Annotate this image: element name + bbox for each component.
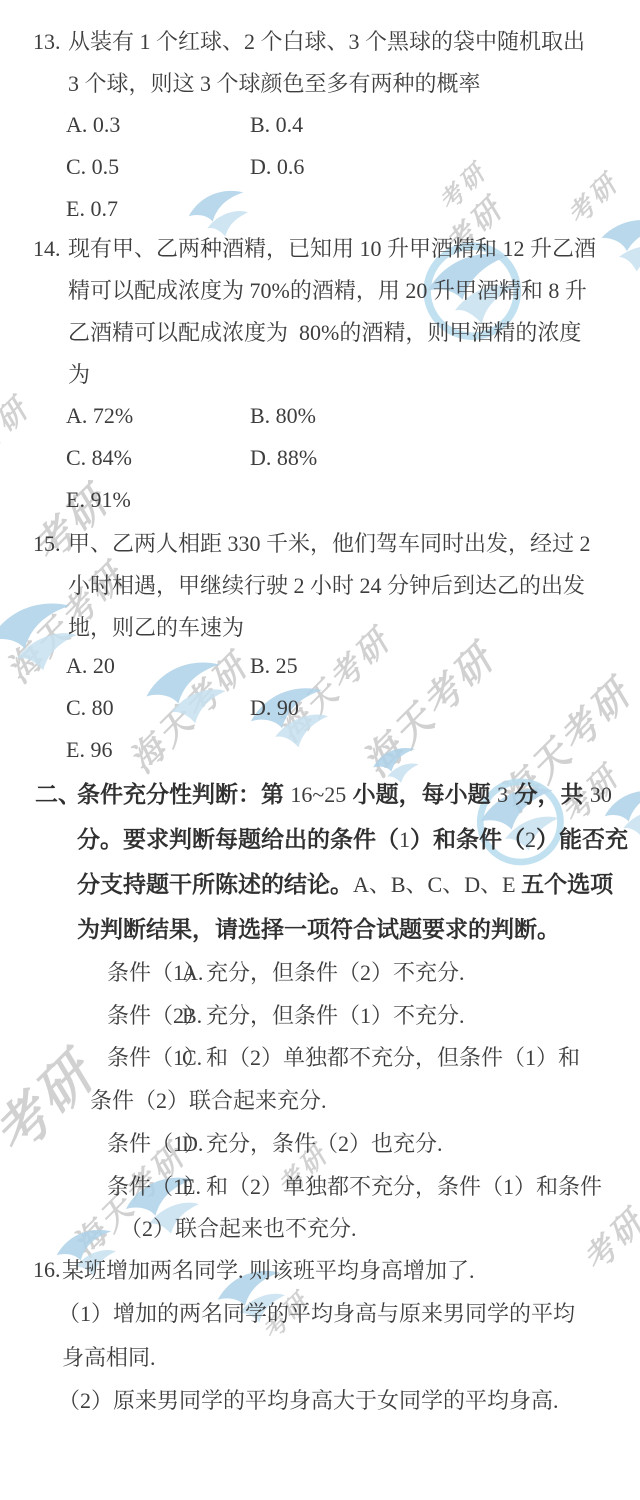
section-2-title-line-4: 为判断结果，请选择一项符合试题要求的判断。 <box>77 907 640 952</box>
question-14-line-3: 乙酒精可以配成浓度为 80%的酒精，则甲酒精的浓度 <box>68 312 640 354</box>
option-13-e: E. 0.7 <box>66 188 118 230</box>
question-16: 16. 某班增加两名同学. 则该班平均身高增加了. （1）增加的两名同学的平均身… <box>0 1249 640 1422</box>
section-2-title-line-3: 分支持题干所陈述的结论。A、B、C、D、E 五个选项 <box>77 862 640 907</box>
option-13-c: C. 0.5 <box>66 146 119 188</box>
question-14-line-2: 精可以配成浓度为 70%的酒精，用 20 升甲酒精和 8 升 <box>68 270 640 312</box>
judgment-c-line-2: 条件（2）联合起来充分. <box>90 1080 640 1123</box>
options-row: C. 0.5 D. 0.6 <box>0 146 640 188</box>
question-15-number: 15. <box>33 523 61 565</box>
option-13-b: B. 0.4 <box>250 104 303 146</box>
option-15-c: C. 80 <box>66 687 114 729</box>
option-14-d: D. 88% <box>250 437 317 479</box>
question-15-line-3: 地，则乙的车速为 <box>68 607 640 649</box>
question-13-line-1: 从装有 1 个红球、2 个白球、3 个黑球的袋中随机取出 <box>68 21 640 63</box>
judgment-a: A.条件（1）充分，但条件（2）不充分. <box>107 952 640 995</box>
options-row: A. 20 B. 25 <box>0 645 640 687</box>
option-15-b: B. 25 <box>250 645 298 687</box>
judgment-a-letter: A. <box>182 952 203 995</box>
judgment-e-line-2: （2）联合起来也不充分. <box>120 1208 640 1251</box>
section-2-header: 二、 条件充分性判断：第 16~25 小题，每小题 3 分，共 30 分。要求判… <box>0 772 640 952</box>
question-13: 13. 从装有 1 个红球、2 个白球、3 个黑球的袋中随机取出 3 个球，则这… <box>0 21 640 105</box>
option-15-a: A. 20 <box>66 645 115 687</box>
judgment-d: D.条件（1）充分，条件（2）也充分. <box>107 1123 640 1166</box>
question-14: 14. 现有甲、乙两种酒精，已知用 10 升甲酒精和 12 升乙酒 精可以配成浓… <box>0 228 640 396</box>
option-14-e: E. 91% <box>66 479 131 521</box>
question-13-options: A. 0.3 B. 0.4 C. 0.5 D. 0.6 E. 0.7 <box>0 104 640 230</box>
question-13-number: 13. <box>33 21 61 63</box>
question-14-number: 14. <box>33 228 61 270</box>
question-14-line-1: 现有甲、乙两种酒精，已知用 10 升甲酒精和 12 升乙酒 <box>68 228 640 270</box>
question-14-options: A. 72% B. 80% C. 84% D. 88% E. 91% <box>0 395 640 521</box>
option-13-d: D. 0.6 <box>250 146 304 188</box>
judgment-e-line-1: E.条件（1）和（2）单独都不充分，条件（1）和条件 <box>107 1166 640 1209</box>
section-2-marker: 二、 <box>35 772 81 817</box>
option-14-b: B. 80% <box>250 395 316 437</box>
option-15-e: E. 96 <box>66 729 112 771</box>
options-row: C. 80 D. 90 <box>0 687 640 729</box>
question-14-line-4: 为 <box>68 354 640 396</box>
question-16-condition-1-line-2: 身高相同. <box>62 1336 640 1379</box>
options-row: E. 91% <box>0 479 640 521</box>
question-16-condition-1-line-1: （1）增加的两名同学的平均身高与原来男同学的平均 <box>58 1292 640 1335</box>
options-row: A. 0.3 B. 0.4 <box>0 104 640 146</box>
question-15-options: A. 20 B. 25 C. 80 D. 90 E. 96 <box>0 645 640 771</box>
judgment-e-letter: E. <box>182 1166 201 1209</box>
question-15-line-2: 小时相遇，甲继续行驶 2 小时 24 分钟后到达乙的出发 <box>68 565 640 607</box>
options-row: E. 96 <box>0 729 640 771</box>
question-16-condition-2: （2）原来男同学的平均身高大于女同学的平均身高. <box>58 1379 640 1422</box>
judgment-c-line-1: C.条件（1）和（2）单独都不充分，但条件（1）和 <box>107 1037 640 1080</box>
exam-page: 考研 考研 考研 考研 考研 海天考研 海天考研 海天考研 海天考研 海天考研 … <box>0 0 640 1500</box>
section-2-title-line-1: 条件充分性判断：第 16~25 小题，每小题 3 分，共 30 <box>77 772 640 817</box>
judgment-b-letter: B. <box>182 995 202 1038</box>
judgment-b: B.条件（2）充分，但条件（1）不充分. <box>107 995 640 1038</box>
judgment-options: A.条件（1）充分，但条件（2）不充分. B.条件（2）充分，但条件（1）不充分… <box>0 952 640 1251</box>
question-16-stem: 某班增加两名同学. 则该班平均身高增加了. <box>62 1249 640 1292</box>
options-row: A. 72% B. 80% <box>0 395 640 437</box>
question-15: 15. 甲、乙两人相距 330 千米，他们驾车同时出发，经过 2 小时相遇，甲继… <box>0 523 640 649</box>
judgment-c-letter: C. <box>182 1037 202 1080</box>
option-15-d: D. 90 <box>250 687 299 729</box>
question-13-line-2: 3 个球，则这 3 个球颜色至多有两种的概率 <box>68 63 640 105</box>
judgment-d-letter: D. <box>182 1123 203 1166</box>
question-16-number: 16. <box>33 1249 61 1291</box>
options-row: C. 84% D. 88% <box>0 437 640 479</box>
section-2-title-line-2: 分。要求判断每题给出的条件（1）和条件（2）能否充 <box>77 817 640 862</box>
options-row: E. 0.7 <box>0 188 640 230</box>
option-14-a: A. 72% <box>66 395 133 437</box>
option-14-c: C. 84% <box>66 437 132 479</box>
question-15-line-1: 甲、乙两人相距 330 千米，他们驾车同时出发，经过 2 <box>68 523 640 565</box>
option-13-a: A. 0.3 <box>66 104 120 146</box>
